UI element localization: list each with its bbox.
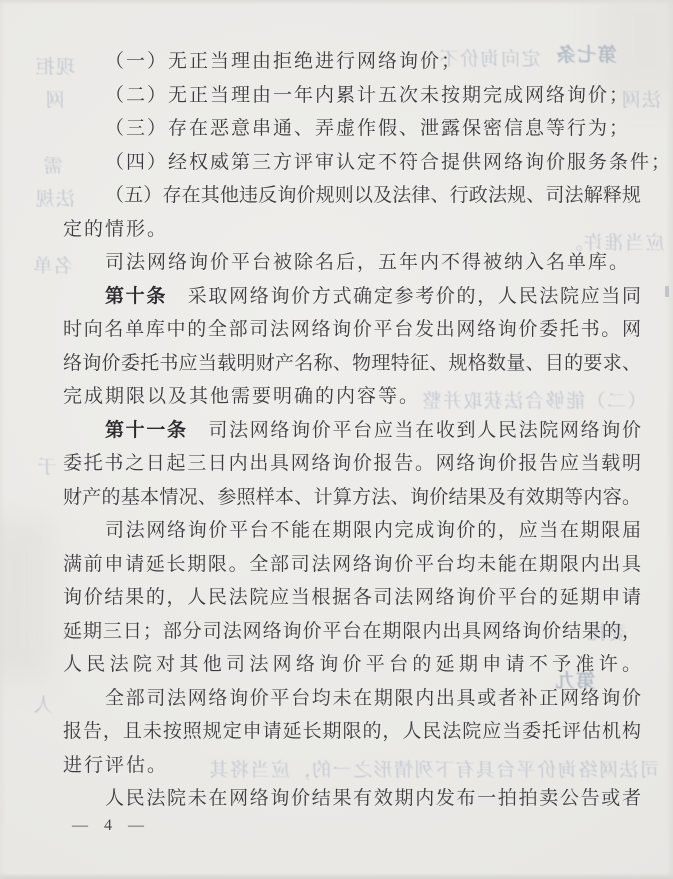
line-text: 全部司法网络询价平台均未在期限内出具或者补正网络询价 (105, 688, 641, 709)
text-line: 全部司法网络询价平台均未在期限内出具或者补正网络询价 (63, 687, 641, 713)
line-text: 人民法院对其他司法网络询价平台的延期申请不予准许。 (63, 654, 641, 675)
scan-artifact-dash (665, 286, 669, 297)
line-text: 财产的基本情况、参照样本、计算方法、询价结果及有效期等内容。 (63, 487, 641, 508)
text-line: 人民法院对其他司法网络询价平台的延期申请不予准许。 (63, 653, 641, 679)
line-text: （三）存在恶意串通、弄虚作假、泄露保密信息等行为； (105, 118, 630, 139)
paper-blotch (0, 520, 50, 680)
text-line: 人民法院未在网络询价结果有效期内发布一拍拍卖公告或者 (63, 787, 641, 813)
line-text: 完成期限以及其他需要明确的内容等。 (63, 386, 420, 407)
line-text: 询价结果的，人民法院应当根据各司法网络询价平台的延期申请 (63, 587, 641, 608)
line-text: 司法网络询价平台应当在收到人民法院网络询价 (188, 420, 641, 441)
text-line: 完成期限以及其他需要明确的内容等。 (63, 385, 641, 411)
line-text: 委托书之日起三日内出具网络询价报告。网络询价报告应当载明 (63, 453, 641, 474)
line-text: 司法网络询价平台被除名后，五年内不得被纳入名单库。 (105, 252, 630, 273)
bleedthrough-text: 需 (42, 151, 63, 178)
text-line: 司法网络询价平台被除名后，五年内不得被纳入名单库。 (63, 251, 641, 277)
bleedthrough-text: 人 (32, 690, 53, 717)
text-line: 进行评估。 (63, 754, 641, 780)
text-line: （四）经权威第三方评审认定不符合提供网络询价服务条件； (63, 151, 641, 177)
text-line: 司法网络询价平台不能在期限内完成询价的，应当在期限届 (63, 519, 641, 545)
line-text: 延期三日；部分司法网络询价平台在期限内出具网络询价结果的， (63, 621, 641, 642)
text-line: （三）存在恶意串通、弄虚作假、泄露保密信息等行为； (63, 117, 641, 143)
text-line: 延期三日；部分司法网络询价平台在期限内出具网络询价结果的， (63, 620, 641, 646)
text-line: （一）无正当理由拒绝进行网络询价； (63, 50, 641, 76)
text-line: 满前申请延长期限。全部司法网络询价平台均未能在期限内出具 (63, 553, 641, 579)
line-text: 满前申请延长期限。全部司法网络询价平台均未能在期限内出具 (63, 554, 641, 575)
text-line: 询价结果的，人民法院应当根据各司法网络询价平台的延期申请 (63, 586, 641, 612)
line-text: 司法网络询价平台不能在期限内完成询价的，应当在期限届 (105, 520, 641, 541)
line-text: （四）经权威第三方评审认定不符合提供网络询价服务条件； (105, 152, 672, 173)
line-text: 人民法院未在网络询价结果有效期内发布一拍拍卖公告或者 (105, 788, 641, 809)
scan-edge-bottom (0, 873, 673, 879)
scanned-page: 第七条 定向询价不 现拒 网 法网 需 法规 应当准许。 名单 （二）能够合法获… (0, 0, 673, 879)
line-text: 进行评估。 (63, 755, 168, 776)
text-line: 委托书之日起三日内出具网络询价报告。网络询价报告应当载明 (63, 452, 641, 478)
line-text: （五）存在其他违反询价规则以及法律、行政法规、司法解释规 (105, 185, 641, 206)
scan-edge-top (0, 0, 673, 5)
page-number: — 4 — (72, 817, 150, 835)
line-text: （二）无正当理由一年内累计五次未按期完成网络询价； (105, 85, 630, 106)
text-line: 第十条 采取网络询价方式确定参考价的，人民法院应当同 (63, 285, 641, 311)
article-number: 第十一条 (105, 420, 188, 441)
text-line: （二）无正当理由一年内累计五次未按期完成网络询价； (63, 84, 641, 110)
line-text: 报告，且未按照规定申请延长期限的，人民法院应当委托评估机构 (63, 721, 641, 742)
line-text: 采取网络询价方式确定参考价的，人民法院应当同 (167, 286, 641, 307)
scan-edge-left (0, 0, 6, 879)
text-line: 第十一条 司法网络询价平台应当在收到人民法院网络询价 (63, 419, 641, 445)
text-line: 络询价委托书应当载明财产名称、物理特征、规格数量、目的要求、 (63, 352, 641, 378)
text-line: （五）存在其他违反询价规则以及法律、行政法规、司法解释规 (63, 184, 641, 210)
article-number: 第十条 (105, 286, 167, 307)
line-text: 时向名单库中的全部司法网络询价平台发出网络询价委托书。网 (63, 319, 641, 340)
line-text: 络询价委托书应当载明财产名称、物理特征、规格数量、目的要求、 (63, 353, 641, 374)
text-line: 时向名单库中的全部司法网络询价平台发出网络询价委托书。网 (63, 318, 641, 344)
text-line: 财产的基本情况、参照样本、计算方法、询价结果及有效期等内容。 (63, 486, 641, 512)
scan-edge-right (666, 0, 673, 879)
bleedthrough-text: 于 (36, 452, 57, 479)
bleedthrough-text: 网 (44, 85, 65, 112)
line-text: 定的情形。 (63, 219, 168, 240)
text-line: 定的情形。 (63, 218, 641, 244)
line-text: （一）无正当理由拒绝进行网络询价； (105, 51, 462, 72)
text-line: 报告，且未按照规定申请延长期限的，人民法院应当委托评估机构 (63, 720, 641, 746)
